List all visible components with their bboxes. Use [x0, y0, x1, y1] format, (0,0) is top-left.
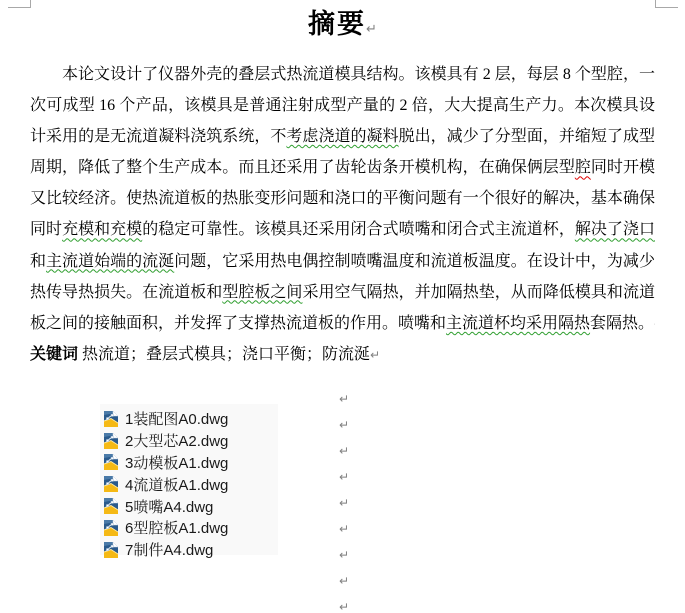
paragraph-mark: ↵: [339, 542, 349, 568]
text-segment: 脱出，减少了分型面，并缩短了成型: [399, 128, 655, 145]
dwg-file-icon: [103, 433, 119, 449]
paragraph-mark: ↵: [339, 438, 349, 464]
dwg-file-icon: [103, 520, 119, 536]
abstract-title-row: 摘要↵: [0, 6, 685, 48]
abstract-line: 周期，降低了整个生产成本。而且还采用了齿轮齿条开模机构，在确保俩层型腔同时开模: [30, 152, 655, 183]
text-segment: 计采用的是无流道凝料浇筑系统，不: [30, 128, 286, 145]
paragraph-mark: ↵: [339, 412, 349, 438]
file-name: 1装配图A0.dwg: [125, 408, 228, 429]
abstract-line: 热传导热损失。在流道板和型腔板之间采用空气隔热，并加隔热垫，从而降低模具和流道: [30, 277, 655, 308]
abstract-line: 关键词 热流道；叠层式模具；浇口平衡；防流涎↵: [30, 339, 655, 370]
file-name: 7制件A4.dwg: [125, 539, 213, 560]
abstract-paragraph: 本论文设计了仪器外壳的叠层式热流道模具结构。该模具有 2 层，每层 8 个型腔，…: [30, 59, 655, 370]
abstract-line: 本论文设计了仪器外壳的叠层式热流道模具结构。该模具有 2 层，每层 8 个型腔，…: [30, 59, 655, 90]
file-item[interactable]: 3动模板A1.dwg: [100, 452, 278, 474]
file-item[interactable]: 2大型芯A2.dwg: [100, 430, 278, 452]
text-segment: 套隔热。: [590, 315, 654, 332]
text-segment: 周期，降低了整个生产成本。而且还采用了齿轮齿条开模机构，在确保俩层型: [30, 159, 575, 176]
text-segment: 板之间的接触面积，并发挥了支撑热流道板的作用。喷嘴和: [30, 315, 446, 332]
text-segment: 同时开模: [591, 159, 655, 176]
file-name: 5喷嘴A4.dwg: [125, 496, 213, 517]
abstract-line: 板之间的接触面积，并发挥了支撑热流道板的作用。喷嘴和主流道杯均采用隔热套隔热。↵: [30, 308, 655, 339]
abstract-line: 次可成型 16 个产品，该模具是普通注射成型产量的 2 倍，大大提高生产力。本次…: [30, 90, 655, 121]
paragraph-mark: ↵: [339, 568, 349, 594]
abstract-line: 和主流道始端的流涎问题，它采用热电偶控制喷嘴温度和流道板温度。在设计中，为减少: [30, 246, 655, 277]
text-segment: 热流道；叠层式模具；浇口平衡；防流涎: [78, 346, 370, 363]
text-segment: 充模和充模: [62, 221, 142, 238]
file-name: 6型腔板A1.dwg: [125, 517, 228, 538]
text-segment: 和: [30, 253, 46, 270]
file-list: 1装配图A0.dwg 2大型芯A2.dwg 3动模板A1.dwg: [100, 404, 278, 555]
text-segment: 考虑浇道的凝料: [286, 128, 398, 145]
text-segment: 腔: [575, 159, 591, 176]
text-segment: 关键词: [30, 346, 78, 363]
text-segment: 的稳定可靠性。该模具还采用闭合式喷嘴和闭合式主流道杯，: [142, 221, 575, 238]
text-segment: 热传导热损失。在流道板和: [30, 284, 222, 301]
file-name: 4流道板A1.dwg: [125, 474, 228, 495]
file-item[interactable]: 4流道板A1.dwg: [100, 473, 278, 495]
text-segment: 主流道始端的流涎: [46, 253, 174, 270]
file-item[interactable]: 7制件A4.dwg: [100, 539, 278, 561]
paragraph-mark: ↵: [370, 348, 380, 362]
empty-paragraph-marks: ↵↵↵↵↵↵↵↵↵: [339, 386, 349, 613]
file-item[interactable]: 5喷嘴A4.dwg: [100, 495, 278, 517]
paragraph-mark: ↵: [366, 22, 377, 37]
paragraph-mark: ↵: [339, 386, 349, 412]
text-segment: 解决了浇口: [575, 221, 655, 238]
paragraph-mark: ↵: [339, 516, 349, 542]
file-item[interactable]: 6型腔板A1.dwg: [100, 517, 278, 539]
dwg-file-icon: [103, 454, 119, 470]
text-segment: 同时: [30, 221, 62, 238]
dwg-file-icon: [103, 542, 119, 558]
text-segment: 采用空气隔热，并加隔热垫，从而降低模具和流道: [302, 284, 655, 301]
dwg-file-icon: [103, 476, 119, 492]
dwg-file-icon: [103, 411, 119, 427]
abstract-line: 又比较经济。使热流道板的热胀变形问题和浇口的平衡问题有一个很好的解决，基本确保: [30, 183, 655, 214]
paragraph-mark: ↵: [339, 464, 349, 490]
text-segment: 型腔板之间: [222, 284, 302, 301]
paragraph-mark: ↵: [654, 317, 655, 331]
file-item[interactable]: 1装配图A0.dwg: [100, 408, 278, 430]
dwg-file-icon: [103, 498, 119, 514]
file-name: 3动模板A1.dwg: [125, 452, 228, 473]
text-segment: 又比较经济。使热流道板的热胀变形问题和浇口的平衡问题有一个很好的解决，基本确保: [30, 190, 655, 207]
paragraph-mark: ↵: [339, 594, 349, 613]
text-segment: 主流道杯均采用隔热: [446, 315, 590, 332]
document-page: 摘要↵ 本论文设计了仪器外壳的叠层式热流道模具结构。该模具有 2 层，每层 8 …: [0, 0, 685, 613]
text-segment: 次可成型 16 个产品，该模具是普通注射成型产量的 2 倍，大大提高生产力。本次…: [30, 97, 655, 114]
paragraph-mark: ↵: [339, 490, 349, 516]
abstract-line: 计采用的是无流道凝料浇筑系统，不考虑浇道的凝料脱出，减少了分型面，并缩短了成型: [30, 121, 655, 152]
text-segment: 本论文设计了仪器外壳的叠层式热流道模具结构。该模具有 2 层，每层 8 个型腔，…: [62, 66, 655, 83]
abstract-line: 同时充模和充模的稳定可靠性。该模具还采用闭合式喷嘴和闭合式主流道杯，解决了浇口: [30, 214, 655, 245]
file-name: 2大型芯A2.dwg: [125, 430, 228, 451]
page-title: 摘要: [308, 9, 366, 39]
text-segment: 问题，它采用热电偶控制喷嘴温度和流道板温度。在设计中，为减少: [174, 253, 655, 270]
